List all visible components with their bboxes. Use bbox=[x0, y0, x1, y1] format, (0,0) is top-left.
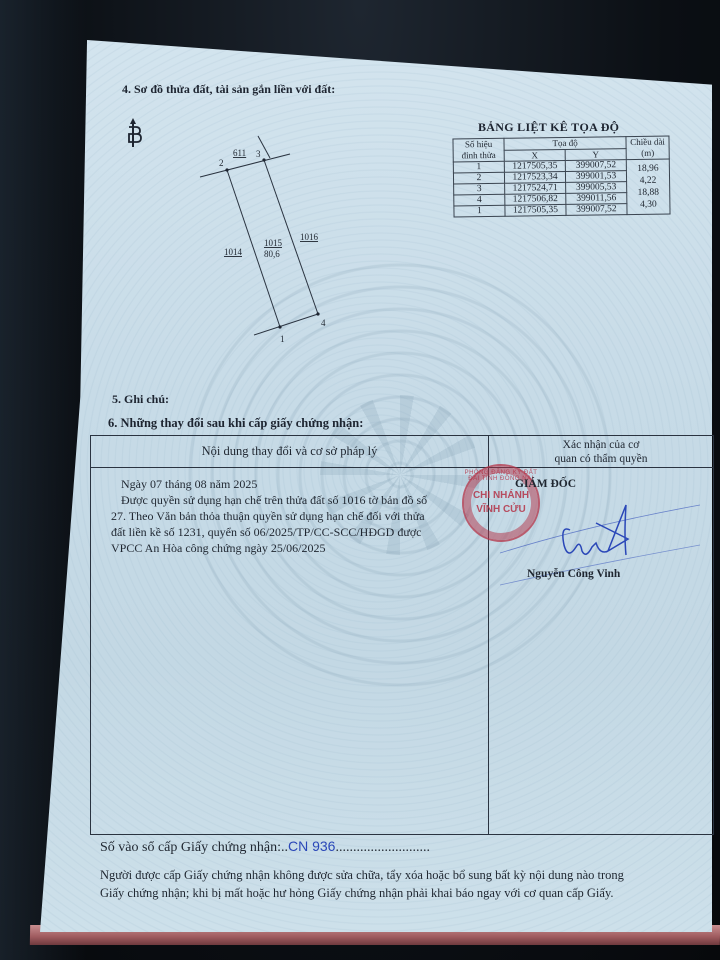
header-divider bbox=[91, 467, 713, 468]
segment-length: 4,22 bbox=[630, 175, 666, 188]
plot-diagram: 2 3 1 4 611 1014 1016 1015 80,6 bbox=[190, 130, 350, 350]
header-point: Số hiệu đỉnh thửa bbox=[453, 138, 504, 162]
segment-length: 18,96 bbox=[630, 163, 666, 176]
section-6-title: 6. Những thay đổi sau khi cấp giấy chứng… bbox=[108, 416, 363, 431]
vertex-2-label: 2 bbox=[219, 158, 224, 168]
notice-line-1: Người được cấp Giấy chứng nhận không đượ… bbox=[100, 866, 700, 884]
coordinate-table: Số hiệu đỉnh thửa Tọa độ Chiều dài (m) X… bbox=[452, 135, 670, 217]
entry-date: Ngày 07 tháng 08 năm 2025 bbox=[111, 476, 481, 492]
vertex-4-label: 4 bbox=[321, 318, 326, 328]
north-arrow-icon bbox=[125, 118, 145, 148]
cell-lengths: 18,964,2218,884,30 bbox=[626, 159, 670, 215]
section-5-title: 5. Ghi chú: bbox=[112, 392, 169, 407]
dotted-leader: .. bbox=[281, 840, 288, 855]
entry-line-4: VPCC An Hòa công chứng ngày 25/06/2025 bbox=[111, 540, 481, 556]
cell-point: 4 bbox=[454, 194, 505, 206]
vertex-1-label: 1 bbox=[280, 334, 285, 344]
cell-y: 399001,53 bbox=[565, 171, 626, 183]
neighbor-parcel-right: 1016 bbox=[300, 232, 319, 242]
cell-x: 1217524,71 bbox=[505, 182, 566, 194]
signer-name: Nguyễn Công Vinh bbox=[527, 568, 620, 580]
entry-line-3: đất liền kề số 1231, quyển số 06/2025/TP… bbox=[111, 524, 481, 540]
cell-x: 1217505,35 bbox=[505, 204, 566, 216]
notice-line-2: Giấy chứng nhận; khi bị mất hoặc hư hỏng… bbox=[100, 884, 700, 902]
header-length: Chiều dài (m) bbox=[626, 136, 669, 160]
cell-point: 2 bbox=[453, 172, 504, 184]
cell-point: 1 bbox=[454, 205, 505, 217]
segment-length: 4,30 bbox=[630, 199, 666, 212]
cell-point: 1 bbox=[453, 161, 504, 173]
registration-label: Số vào sổ cấp Giấy chứng nhận: bbox=[100, 840, 281, 855]
header-x: X bbox=[504, 149, 565, 161]
neighbor-parcel-top: 611 bbox=[233, 148, 246, 158]
cell-y: 399007,52 bbox=[566, 204, 627, 216]
entry-line-1: Được quyền sử dụng hạn chế trên thửa đất… bbox=[111, 492, 481, 508]
cell-y: 399005,53 bbox=[566, 182, 627, 194]
cell-x: 1217506,82 bbox=[505, 193, 566, 205]
neighbor-parcel-left: 1014 bbox=[224, 247, 243, 257]
header-confirm-line2: quan có thẩm quyền bbox=[489, 452, 713, 466]
parcel-number: 1015 bbox=[264, 238, 283, 248]
segment-length: 18,88 bbox=[630, 187, 666, 200]
change-entry: Ngày 07 tháng 08 năm 2025 Được quyền sử … bbox=[111, 476, 481, 556]
header-y: Y bbox=[565, 148, 626, 160]
cell-y: 399011,56 bbox=[566, 193, 627, 205]
header-authority-confirmation: Xác nhận của cơ quan có thẩm quyền bbox=[489, 438, 713, 466]
cell-x: 1217523,34 bbox=[504, 171, 565, 183]
vertex-3-label: 3 bbox=[256, 149, 261, 159]
entry-line-2: 27. Theo Văn bản thỏa thuận quyền sử dụn… bbox=[111, 508, 481, 524]
header-change-content: Nội dung thay đổi và cơ sở pháp lý bbox=[91, 444, 488, 459]
registration-number-line: Số vào sổ cấp Giấy chứng nhận:..CN 936..… bbox=[100, 838, 430, 856]
parcel-area: 80,6 bbox=[264, 249, 280, 259]
registration-value: CN 936 bbox=[288, 838, 335, 854]
header-confirm-line1: Xác nhận của cơ bbox=[489, 438, 713, 452]
cell-point: 3 bbox=[454, 183, 505, 195]
section-4-title: 4. Sơ đồ thửa đất, tài sản gắn liền với … bbox=[122, 82, 335, 97]
dotted-leader-end: ........................... bbox=[335, 840, 430, 855]
coordinate-table-title: BẢNG LIỆT KÊ TỌA ĐỘ bbox=[478, 120, 619, 135]
cell-y: 399007,52 bbox=[565, 160, 626, 172]
cell-x: 1217505,35 bbox=[504, 160, 565, 172]
certificate-notice: Người được cấp Giấy chứng nhận không đượ… bbox=[100, 866, 700, 902]
